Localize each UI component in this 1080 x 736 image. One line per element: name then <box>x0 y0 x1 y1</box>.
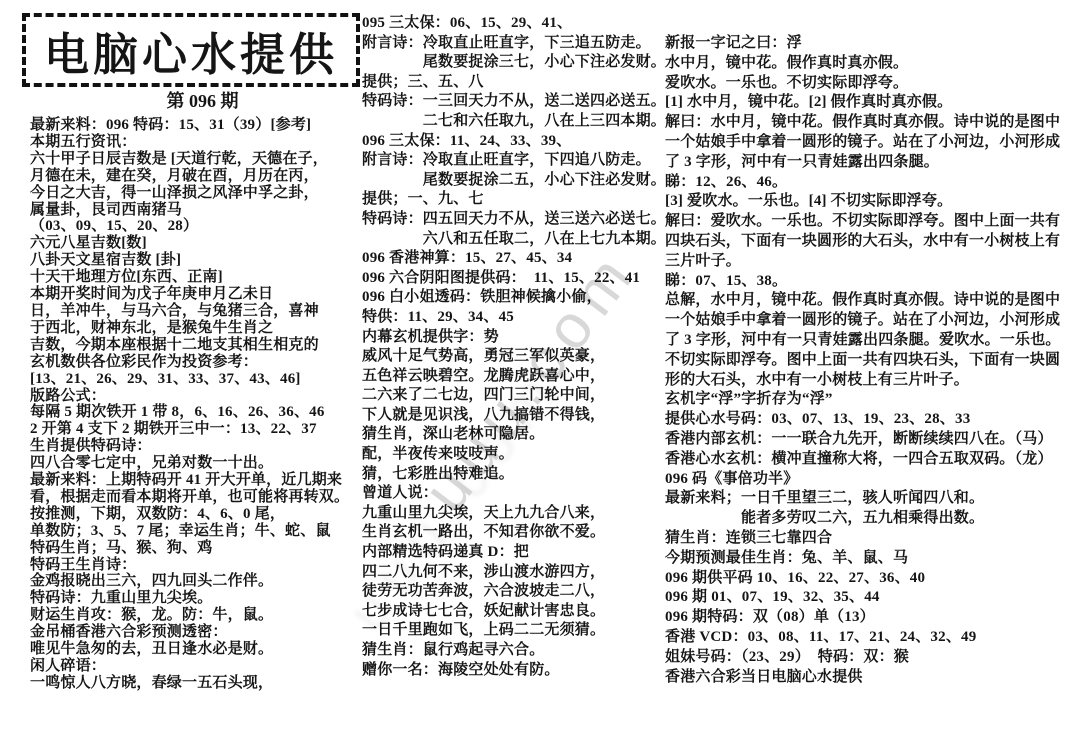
left-column-lines: 最新来料：096 特码：15、31（39）[参考]本期五行资讯：六十甲子日辰吉数… <box>30 117 355 692</box>
text-line: 四块石头，下面有一块圆形的大石头，水中有一小树枝上有 <box>665 232 1072 252</box>
text-line: 爱吹水。一乐也。不切实际即浮夸。 <box>665 74 1072 94</box>
text-line: 属量卦，艮司西南猪马 <box>30 202 355 219</box>
text-line: 金鸡报晓出三六，四九回头二作伴。 <box>30 573 355 590</box>
text-line: 六十甲子日辰吉数是 [天道行乾，天德在子， <box>30 151 355 168</box>
text-line: 猜生肖，深山老林可隐居。 <box>362 425 662 445</box>
text-line: 解曰：水中月，镜中花。假作真时真亦假。诗中说的是图中 <box>665 113 1072 133</box>
text-line: 附言诗：冷取直止旺直字，下四追八防走。 <box>362 151 662 171</box>
text-line: 六元八星吉数[数] <box>30 235 355 252</box>
text-line: 本期五行资讯： <box>30 134 355 151</box>
text-line: 特供：11、29、34、45 <box>362 308 662 328</box>
text-line: 赠你一名：海陵空处处有防。 <box>362 661 662 681</box>
text-line: 内部精选特码递真 D：把 <box>362 543 662 563</box>
text-line: 五色祥云映碧空。龙腾虎跃喜心中， <box>362 367 662 387</box>
text-line: 特码诗：九重山里九尖埃。 <box>30 590 355 607</box>
title-box: 电脑心水提供 <box>22 13 360 87</box>
text-line: 内幕玄机提供字：势 <box>362 328 662 348</box>
text-line: 一鸣惊人八方晓，春绿一五石头现， <box>30 675 355 692</box>
text-line: 生肖玄机一路出，不知君你欲不爱。 <box>362 523 662 543</box>
text-line: 睇：12、26、46。 <box>665 173 1072 193</box>
text-line: 最新来料：096 特码：15、31（39）[参考] <box>30 117 355 134</box>
text-line: 一个姑娘手中拿着一圆形的镜子。站在了小河边，小河形成 <box>665 311 1072 331</box>
text-line: 新报一字记之曰：浮 <box>665 34 1072 54</box>
text-line: 二七和六任取九，八在上三四本期。 <box>362 112 662 132</box>
text-line: 曾道人说： <box>362 484 662 504</box>
text-line: 特码王生肖诗： <box>30 557 355 574</box>
text-line: 香港 VCD：03、08、11、17、21、24、32、49 <box>665 628 1072 648</box>
text-line: 特码诗：一三回天力不从，送二送四必送五。 <box>362 92 662 112</box>
text-line: 按推测，下期，双数防：4、6、0 尾， <box>30 506 355 523</box>
text-line: 十天干地理方位[东西、正南] <box>30 269 355 286</box>
text-line: 七步成诗七七合，妖妃献计害忠良。 <box>362 602 662 622</box>
text-line: 不切实际即浮夸。图中上面一共有四块石头，下面有一块圆 <box>665 351 1072 371</box>
text-line: 解曰：爱吹水。一乐也。不切实际即浮夸。图中上面一共有 <box>665 212 1072 232</box>
text-line: （03、09、15、20、28） <box>30 218 355 235</box>
right-column-lines: 新报一字记之曰：浮水中月，镜中花。假作真时真亦假。爱吹水。一乐也。不切实际即浮夸… <box>665 34 1072 687</box>
text-line: 尾数要捉涂二五，小心下注必发财。 <box>362 171 662 191</box>
text-line: 生肖提供特码诗： <box>30 438 355 455</box>
text-line: 附言诗：冷取直止旺直字，下三追五防走。 <box>362 34 662 54</box>
middle-column: 095 三太保：06、15、29、41、附言诗：冷取直止旺直字，下三追五防走。 … <box>362 14 662 680</box>
text-line: 下人就是见识浅，八九搞错不得钱， <box>362 406 662 426</box>
text-line: 月德在未，建在癸，月破在酉，月历在丙， <box>30 168 355 185</box>
text-line: 于西北，财神东北，是猴兔牛生肖之 <box>30 320 355 337</box>
text-line: 财运生肖攻：猴，龙。防：牛，鼠。 <box>30 607 355 624</box>
text-line: 每隔 5 期次铁开 1 带 8，6、16、26、36、46 <box>30 404 355 421</box>
text-line: 二六来了二七边，四门三门轮中间， <box>362 386 662 406</box>
text-line: 香港内部玄机：一一联合九先开，断断续续四八在。（马） <box>665 430 1072 450</box>
text-line: 最新来料；一日千里望三二，骇人听闻四八和。 <box>665 489 1072 509</box>
text-line: 096 期 01、07、19、32、35、44 <box>665 588 1072 608</box>
text-line: 095 三太保：06、15、29、41、 <box>362 14 662 34</box>
text-line: 猜，七彩胜出特难追。 <box>362 465 662 485</box>
text-line: 了 3 字形，河中有一只青娃露出四条腿。 <box>665 153 1072 173</box>
text-line: 最新来料：上期特码开 41 开大开单，近几期来 <box>30 472 355 489</box>
text-line: 香港心水玄机：横冲直撞称大将，一四合五取双码。（龙） <box>665 450 1072 470</box>
text-line: 096 六合阴阳图提供码： 11、15、22、41 <box>362 269 662 289</box>
text-line: 今日之大吉，得一山泽损之风泽中孚之卦， <box>30 185 355 202</box>
text-line: 单数防；3、5、7 尾；幸运生肖；牛、蛇、鼠 <box>30 523 355 540</box>
text-line: 三片叶子。 <box>665 252 1072 272</box>
text-line: 水中月，镜中花。假作真时真亦假。 <box>665 54 1072 74</box>
text-line: 一个姑娘手中拿着一圆形的镜子。站在了小河边，小河形成 <box>665 133 1072 153</box>
text-line: [13、21、26、29、31、33、37、43、46] <box>30 371 355 388</box>
text-line: 提供心水号码：03、07、13、19、23、28、33 <box>665 410 1072 430</box>
text-line: 日，羊冲牛，与马六合，与兔猪三合，喜神 <box>30 303 355 320</box>
text-line: 总解，水中月，镜中花。假作真时真亦假。诗中说的是图中 <box>665 291 1072 311</box>
text-line: 闲人碎语： <box>30 658 355 675</box>
text-line: 徒劳无功苦奔波，六合波坡走二八， <box>362 582 662 602</box>
middle-column-lines: 095 三太保：06、15、29、41、附言诗：冷取直止旺直字，下三追五防走。 … <box>362 14 662 680</box>
text-line: 唯见牛急匆的去，丑日逢水必是财。 <box>30 641 355 658</box>
text-line: 提供；三、五、八 <box>362 73 662 93</box>
text-line: 版路公式： <box>30 388 355 405</box>
text-line: 今期预测最佳生肖：兔、羊、鼠、马 <box>665 549 1072 569</box>
text-line: 能者多劳叹二六，五九相乘得出数。 <box>665 509 1072 529</box>
text-line: 睇：07、15、38。 <box>665 272 1072 292</box>
text-line: 香港六合彩当日电脑心水提供 <box>665 668 1072 688</box>
text-line: 本期开奖时间为戊子年庚申月乙未日 <box>30 286 355 303</box>
text-line: 096 码《事倍功半》 <box>665 470 1072 490</box>
text-line: 了 3 字形，河中有一只青娃露出四条腿。爱吹水。一乐也。 <box>665 331 1072 351</box>
text-line: 金吊桶香港六合彩预测透密： <box>30 624 355 641</box>
text-line: 猜生肖：鼠行鸡起寻六合。 <box>362 641 662 661</box>
text-line: 096 香港神算：15、27、45、34 <box>362 249 662 269</box>
text-line: 六八和五任取二，八在上七九本期。 <box>362 230 662 250</box>
left-column: 第 096 期 最新来料：096 特码：15、31（39）[参考]本期五行资讯：… <box>30 90 355 692</box>
text-line: 2 开第 4 支下 2 期铁开三中一：13、22、37 <box>30 421 355 438</box>
page-title: 电脑心水提供 <box>44 18 338 83</box>
text-line: 四二八九何不来，涉山渡水游四方， <box>362 563 662 583</box>
right-column: 新报一字记之曰：浮水中月，镜中花。假作真时真亦假。爱吹水。一乐也。不切实际即浮夸… <box>665 34 1072 687</box>
text-line: 姐妹号码：（23、29） 特码：双：猴 <box>665 648 1072 668</box>
text-line: 玄机字“浮”字折存为“浮” <box>665 390 1072 410</box>
text-line: 九重山里九尖埃，天上九九合八来， <box>362 504 662 524</box>
text-line: 特码诗：四五回天力不从，送三送六必送七。 <box>362 210 662 230</box>
text-line: 吉数，今期本座根据十二地支其相生相克的 <box>30 337 355 354</box>
lottery-tips-sheet: uuu.com uuu.com 电脑心水提供 第 096 期 最新来料：096 … <box>0 0 1080 736</box>
text-line: 096 期供平码 10、16、22、27、36、40 <box>665 569 1072 589</box>
text-line: 特码生肖；马、猴、狗、鸡 <box>30 540 355 557</box>
text-line: 形的大石头，水中有一小树枝上有三片叶子。 <box>665 371 1072 391</box>
text-line: [3] 爱吹水。一乐也。[4] 不切实际即浮夸。 <box>665 192 1072 212</box>
text-line: 看，根据走而看本期将开单，也可能将再转双。 <box>30 489 355 506</box>
text-line: [1] 水中月，镜中花。[2] 假作真时真亦假。 <box>665 93 1072 113</box>
text-line: 猜生肖：连锁三七靠四合 <box>665 529 1072 549</box>
text-line: 一日千里跑如飞，上码二二无须猜。 <box>362 621 662 641</box>
text-line: 尾数要捉涂三七，小心下注必发财。 <box>362 53 662 73</box>
text-line: 威风十足气势高，勇冠三军似英豪， <box>362 347 662 367</box>
text-line: 096 期特码：双（08）单（13） <box>665 608 1072 628</box>
text-line: 096 白小姐透码：铁胆神候擒小偷， <box>362 288 662 308</box>
text-line: 提供；一、九、七 <box>362 190 662 210</box>
text-line: 配，半夜传来吱吱声。 <box>362 445 662 465</box>
text-line: 玄机数供各位彩民作为投资参考： <box>30 354 355 371</box>
text-line: 096 三太保：11、24、33、39、 <box>362 132 662 152</box>
text-line: 四八合零七定中，兄弟对数一十出。 <box>30 455 355 472</box>
text-line: 八卦天文星宿吉数 [卦] <box>30 252 355 269</box>
issue-heading: 第 096 期 <box>90 90 315 112</box>
